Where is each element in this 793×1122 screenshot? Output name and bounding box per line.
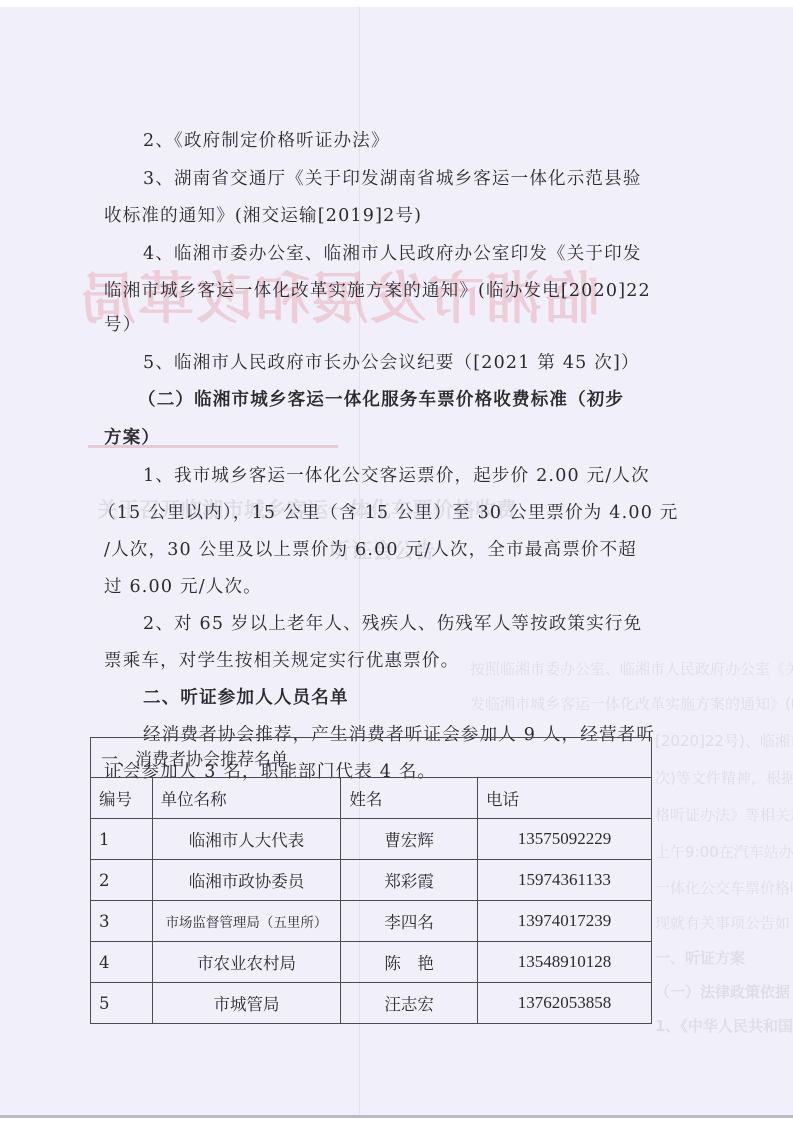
table-title-row: 一、消费者协会推荐名单	[91, 738, 652, 778]
ghost-text: [2020]22号)、临湘市人民政府市长办公会议纪要([2021第45	[655, 730, 793, 751]
cell-number: 5	[91, 983, 153, 1024]
consumer-representatives-table: 一、消费者协会推荐名单 编号 单位名称 姓名 电话 1 临湘市人大代表 曹宏辉 …	[90, 737, 652, 1024]
cell-phone: 13575092229	[477, 819, 651, 860]
cell-unit: 市农业农村局	[152, 942, 341, 983]
pricing-paragraph-1-cont: （15 公里以内），15 公里（含 15 公里）至 30 公里票价为 4.00 …	[98, 501, 679, 525]
cell-name: 陈 艳	[341, 942, 478, 983]
cell-number: 4	[91, 942, 153, 983]
ghost-text: 格听证办法》等相关规定，我局将于2021年7月	[655, 804, 793, 825]
cell-name: 李四名	[341, 901, 478, 942]
basis-item-3-cont: 收标准的通知》(湘交运输[2019]2号)	[104, 204, 422, 228]
ghost-text: 上午9:00在汽车站办公楼2楼会议室召开临湘市城乡客运	[655, 841, 793, 862]
ghost-text: （一）法律政策依据	[655, 981, 790, 1002]
pricing-paragraph-2: 2、对 65 岁以上老年人、残疾人、伤残军人等按政策实行免	[143, 612, 642, 636]
header-unit: 单位名称	[152, 778, 341, 819]
basis-item-4: 4、临湘市委办公室、临湘市人民政府办公室印发《关于印发	[143, 242, 642, 266]
pricing-paragraph-1: 1、我市城乡客运一体化公交客运票价，起步价 2.00 元/人次	[143, 464, 650, 488]
cell-unit: 市城管局	[152, 983, 341, 1024]
table-title: 一、消费者协会推荐名单	[91, 738, 652, 778]
table-row: 3 市场监督管理局（五里所） 李四名 13974017239	[91, 901, 652, 942]
cell-phone: 15974361133	[477, 860, 651, 901]
cell-name: 曹宏辉	[341, 819, 478, 860]
ghost-text: 一、听证方案	[655, 947, 745, 968]
cell-phone: 13548910128	[477, 942, 651, 983]
header-number: 编号	[91, 778, 153, 819]
basis-item-4-cont: 临湘市城乡客运一体化改革实施方案的通知》(临办发电[2020]22	[104, 279, 651, 303]
table-row: 2 临湘市政协委员 郑彩霞 15974361133	[91, 860, 652, 901]
ghost-text: 发临湘市城乡客运一体化改革实施方案的通知》(临办发电	[470, 693, 793, 714]
table-row: 1 临湘市人大代表 曹宏辉 13575092229	[91, 819, 652, 860]
pricing-heading-cont: 方案）	[104, 426, 160, 450]
ghost-text: 一体化公交车票价格听证会，广泛征求社会各界和各方面意见，	[655, 877, 793, 898]
basis-item-5: 5、临湘市人民政府市长办公会议纪要（[2021 第 45 次]）	[143, 351, 640, 375]
cell-number: 3	[91, 901, 153, 942]
pricing-heading: （二）临湘市城乡客运一体化服务车票价格收费标准（初步	[138, 388, 624, 412]
cell-phone: 13762053858	[477, 983, 651, 1024]
table-row: 5 市城管局 汪志宏 13762053858	[91, 983, 652, 1024]
document-page: 临湘市发展和改革局 关于召开临湘市城乡客运一体化车票价格收费 听证会公告 按照临…	[0, 7, 793, 1118]
cell-phone: 13974017239	[477, 901, 651, 942]
participants-heading: 二、听证参加人人员名单	[143, 686, 349, 710]
table-row: 4 市农业农村局 陈 艳 13548910128	[91, 942, 652, 983]
cell-number: 1	[91, 819, 153, 860]
basis-item-4-cont: 号）	[104, 313, 141, 337]
cell-number: 2	[91, 860, 153, 901]
cell-name: 汪志宏	[341, 983, 478, 1024]
cell-unit: 临湘市人大代表	[152, 819, 341, 860]
header-name: 姓名	[341, 778, 478, 819]
basis-item-3: 3、湖南省交通厅《关于印发湖南省城乡客运一体化示范县验	[143, 167, 642, 191]
pricing-paragraph-1-cont: 过 6.00 元/人次。	[104, 575, 262, 599]
cell-name: 郑彩霞	[341, 860, 478, 901]
header-phone: 电话	[477, 778, 651, 819]
ghost-text: 次)等文件精神，根据《中华人民共和国价格法》、《政府制定价	[655, 767, 793, 788]
ghost-text: 1、《中华人民共和国价格法》	[655, 1015, 793, 1036]
cell-unit: 临湘市政协委员	[152, 860, 341, 901]
pricing-paragraph-2-cont: 票乘车，对学生按相关规定实行优惠票价。	[104, 649, 459, 673]
pricing-paragraph-1-cont: /人次，30 公里及以上票价为 6.00 元/人次，全市最高票价不超	[104, 538, 637, 562]
table-header-row: 编号 单位名称 姓名 电话	[91, 778, 652, 819]
ghost-text: 按照临湘市委办公室、临湘市人民政府办公室《关于印	[470, 658, 793, 679]
ghost-text: 现就有关事项公告如下：	[655, 912, 793, 933]
cell-unit: 市场监督管理局（五里所）	[152, 901, 341, 942]
basis-item-2: 2、《政府制定价格听证办法》	[143, 129, 390, 153]
